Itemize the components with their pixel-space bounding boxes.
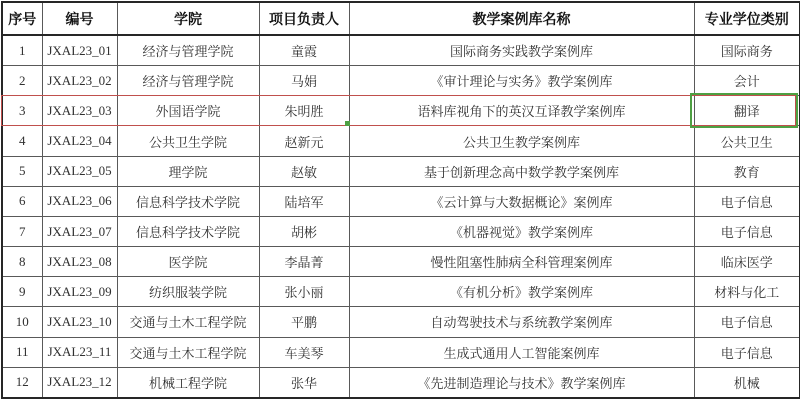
- cell-code[interactable]: JXAL23_05: [42, 156, 117, 186]
- cell-index[interactable]: 5: [2, 156, 42, 186]
- case-library-table: 序号 编号 学院 项目负责人 教学案例库名称 专业学位类别 1 JXAL23_0…: [1, 1, 800, 399]
- cell-leader[interactable]: 张华: [259, 367, 349, 398]
- cell-leader[interactable]: 赵新元: [259, 126, 349, 156]
- cell-index[interactable]: 12: [2, 367, 42, 398]
- cell-degree-category[interactable]: 电子信息: [694, 307, 800, 337]
- cell-case-name[interactable]: 公共卫生教学案例库: [349, 126, 694, 156]
- cell-code[interactable]: JXAL23_10: [42, 307, 117, 337]
- cell-college[interactable]: 交通与土木工程学院: [117, 307, 259, 337]
- cell-code[interactable]: JXAL23_02: [42, 66, 117, 96]
- header-cell-leader[interactable]: 项目负责人: [259, 2, 349, 35]
- cell-leader[interactable]: 胡彬: [259, 216, 349, 246]
- cell-case-name[interactable]: 《云计算与大数据概论》案例库: [349, 186, 694, 216]
- cell-degree-category[interactable]: 临床医学: [694, 247, 800, 277]
- header-cell-code[interactable]: 编号: [42, 2, 117, 35]
- cell-leader[interactable]: 张小丽: [259, 277, 349, 307]
- cell-code[interactable]: JXAL23_12: [42, 367, 117, 398]
- header-cell-case-name[interactable]: 教学案例库名称: [349, 2, 694, 35]
- table-row: 12 JXAL23_12 机械工程学院 张华 《先进制造理论与技术》教学案例库 …: [2, 367, 800, 398]
- cell-leader[interactable]: 马娟: [259, 66, 349, 96]
- cell-case-name[interactable]: 《先进制造理论与技术》教学案例库: [349, 367, 694, 398]
- cell-degree-category[interactable]: 国际商务: [694, 35, 800, 66]
- cell-college[interactable]: 理学院: [117, 156, 259, 186]
- cell-code[interactable]: JXAL23_01: [42, 35, 117, 66]
- cell-leader[interactable]: 童霞: [259, 35, 349, 66]
- cell-college[interactable]: 信息科学技术学院: [117, 216, 259, 246]
- cell-college[interactable]: 公共卫生学院: [117, 126, 259, 156]
- cell-case-name[interactable]: 国际商务实践教学案例库: [349, 35, 694, 66]
- table-row: 11 JXAL23_11 交通与土木工程学院 车美琴 生成式通用人工智能案例库 …: [2, 337, 800, 367]
- table-header-row: 序号 编号 学院 项目负责人 教学案例库名称 专业学位类别: [2, 2, 800, 35]
- table-row: 10 JXAL23_10 交通与土木工程学院 平鹏 自动驾驶技术与系统教学案例库…: [2, 307, 800, 337]
- cell-code[interactable]: JXAL23_07: [42, 216, 117, 246]
- cell-degree-category[interactable]: 机械: [694, 367, 800, 398]
- cell-degree-category[interactable]: 教育: [694, 156, 800, 186]
- cell-college[interactable]: 交通与土木工程学院: [117, 337, 259, 367]
- cell-leader[interactable]: 陆培军: [259, 186, 349, 216]
- cell-college[interactable]: 经济与管理学院: [117, 66, 259, 96]
- table-row: 7 JXAL23_07 信息科学技术学院 胡彬 《机器视觉》教学案例库 电子信息: [2, 216, 800, 246]
- header-cell-college[interactable]: 学院: [117, 2, 259, 35]
- cell-college[interactable]: 医学院: [117, 247, 259, 277]
- cell-index[interactable]: 8: [2, 247, 42, 277]
- cell-leader[interactable]: 平鹏: [259, 307, 349, 337]
- cell-index[interactable]: 1: [2, 35, 42, 66]
- table-row: 4 JXAL23_04 公共卫生学院 赵新元 公共卫生教学案例库 公共卫生: [2, 126, 800, 156]
- header-cell-index[interactable]: 序号: [2, 2, 42, 35]
- cell-degree-category-active[interactable]: 翻译: [694, 96, 800, 126]
- cell-case-name[interactable]: 《审计理论与实务》教学案例库: [349, 66, 694, 96]
- cell-college[interactable]: 外国语学院: [117, 96, 259, 126]
- cell-index[interactable]: 9: [2, 277, 42, 307]
- cell-index[interactable]: 7: [2, 216, 42, 246]
- cell-college[interactable]: 信息科学技术学院: [117, 186, 259, 216]
- cell-degree-category[interactable]: 电子信息: [694, 186, 800, 216]
- cell-leader[interactable]: 赵敏: [259, 156, 349, 186]
- cell-code[interactable]: JXAL23_11: [42, 337, 117, 367]
- cell-degree-category[interactable]: 公共卫生: [694, 126, 800, 156]
- cell-index[interactable]: 11: [2, 337, 42, 367]
- cell-index[interactable]: 6: [2, 186, 42, 216]
- header-cell-degree-category[interactable]: 专业学位类别: [694, 2, 800, 35]
- cell-code[interactable]: JXAL23_03: [42, 96, 117, 126]
- cell-leader[interactable]: 李晶菁: [259, 247, 349, 277]
- cell-college[interactable]: 纺织服装学院: [117, 277, 259, 307]
- table-row: 6 JXAL23_06 信息科学技术学院 陆培军 《云计算与大数据概论》案例库 …: [2, 186, 800, 216]
- cell-index[interactable]: 4: [2, 126, 42, 156]
- table-row: 1 JXAL23_01 经济与管理学院 童霞 国际商务实践教学案例库 国际商务: [2, 35, 800, 66]
- cell-college[interactable]: 经济与管理学院: [117, 35, 259, 66]
- cell-case-name[interactable]: 生成式通用人工智能案例库: [349, 337, 694, 367]
- cell-college[interactable]: 机械工程学院: [117, 367, 259, 398]
- table-row-highlighted: 3 JXAL23_03 外国语学院 朱明胜 语料库视角下的英汉互译教学案例库 翻…: [2, 96, 800, 126]
- cell-case-name[interactable]: 《机器视觉》教学案例库: [349, 216, 694, 246]
- cell-code[interactable]: JXAL23_06: [42, 186, 117, 216]
- table-row: 5 JXAL23_05 理学院 赵敏 基于创新理念高中数学教学案例库 教育: [2, 156, 800, 186]
- cell-case-name[interactable]: 慢性阻塞性肺病全科管理案例库: [349, 247, 694, 277]
- cell-degree-category[interactable]: 材料与化工: [694, 277, 800, 307]
- cell-case-name[interactable]: 基于创新理念高中数学教学案例库: [349, 156, 694, 186]
- cell-degree-category[interactable]: 会计: [694, 66, 800, 96]
- cell-code[interactable]: JXAL23_08: [42, 247, 117, 277]
- cell-degree-category[interactable]: 电子信息: [694, 337, 800, 367]
- cell-index[interactable]: 3: [2, 96, 42, 126]
- table-row: 9 JXAL23_09 纺织服装学院 张小丽 《有机分析》教学案例库 材料与化工: [2, 277, 800, 307]
- cell-code[interactable]: JXAL23_09: [42, 277, 117, 307]
- cell-code[interactable]: JXAL23_04: [42, 126, 117, 156]
- cell-case-name[interactable]: 语料库视角下的英汉互译教学案例库: [349, 96, 694, 126]
- table-row: 2 JXAL23_02 经济与管理学院 马娟 《审计理论与实务》教学案例库 会计: [2, 66, 800, 96]
- table-row: 8 JXAL23_08 医学院 李晶菁 慢性阻塞性肺病全科管理案例库 临床医学: [2, 247, 800, 277]
- cell-degree-category[interactable]: 电子信息: [694, 216, 800, 246]
- fill-handle[interactable]: [345, 121, 350, 126]
- cell-leader[interactable]: 车美琴: [259, 337, 349, 367]
- cell-index[interactable]: 10: [2, 307, 42, 337]
- cell-index[interactable]: 2: [2, 66, 42, 96]
- cell-leader[interactable]: 朱明胜: [259, 96, 349, 126]
- cell-case-name[interactable]: 自动驾驶技术与系统教学案例库: [349, 307, 694, 337]
- cell-case-name[interactable]: 《有机分析》教学案例库: [349, 277, 694, 307]
- spreadsheet-view: 序号 编号 学院 项目负责人 教学案例库名称 专业学位类别 1 JXAL23_0…: [0, 0, 800, 400]
